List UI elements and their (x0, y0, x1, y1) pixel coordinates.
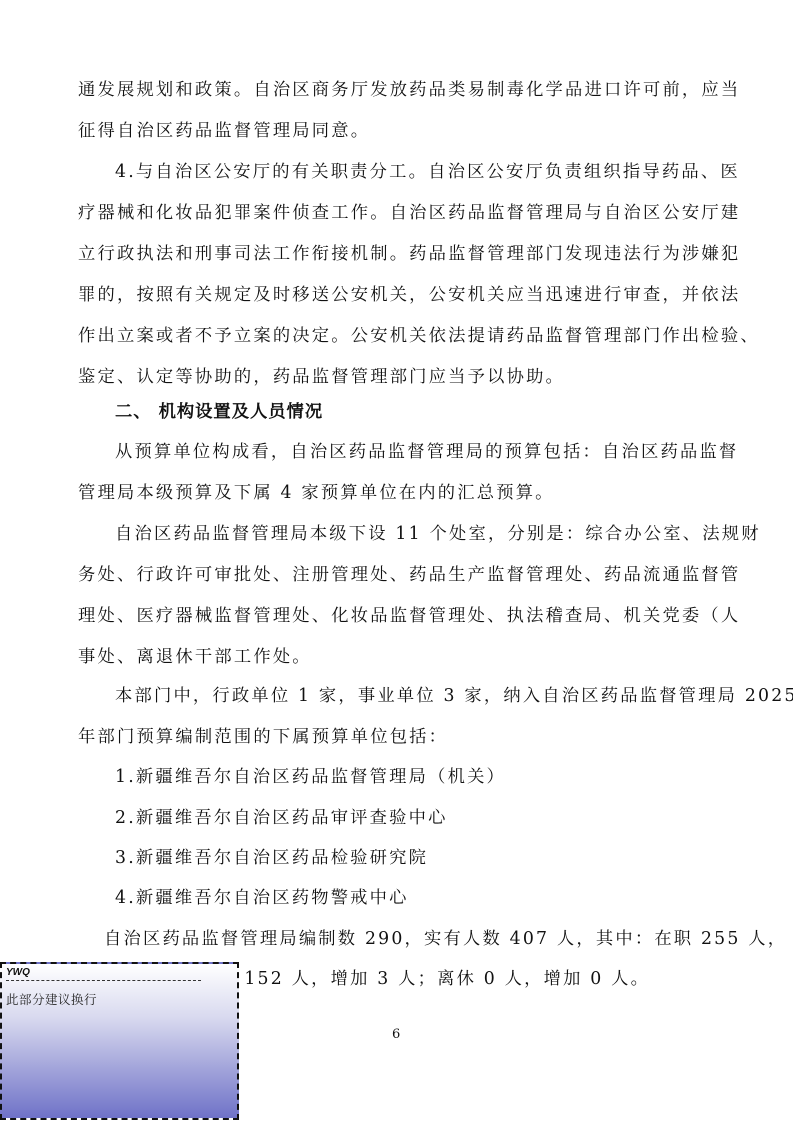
review-comment-box[interactable]: YWQ 此部分建议换行 (0, 962, 239, 1120)
text-line: 通发展规划和政策。自治区商务厅发放药品类易制毒化学品进口许可前，应当 (78, 79, 740, 101)
comment-author: YWQ (6, 967, 30, 978)
text-line: 3.新疆维吾尔自治区药品检验研究院 (115, 847, 428, 869)
text-line: 罪的，按照有关规定及时移送公安机关，公安机关应当迅速进行审查，并依法 (78, 284, 740, 306)
text-line: 本部门中，行政单位 1 家，事业单位 3 家，纳入自治区药品监督管理局 2025 (115, 685, 793, 707)
comment-separator (6, 980, 201, 981)
text-line: 疗器械和化妆品犯罪案件侦查工作。自治区药品监督管理局与自治区公安厅建 (78, 202, 740, 224)
text-line: 鉴定、认定等协助的，药品监督管理部门应当予以协助。 (78, 366, 565, 388)
text-line: 4.与自治区公安厅的有关职责分工。自治区公安厅负责组织指导药品、医 (115, 161, 740, 183)
text-line: 2.新疆维吾尔自治区药品审评查验中心 (115, 807, 448, 829)
text-line: 年部门预算编制范围的下属预算单位包括： (78, 726, 448, 748)
text-line: 务处、行政许可审批处、注册管理处、药品生产监督管理处、药品流通监督管 (78, 564, 740, 586)
section-heading: 二、 机构设置及人员情况 (115, 401, 323, 423)
comment-text: 此部分建议换行 (6, 990, 97, 1008)
text-line: 4.新疆维吾尔自治区药物警戒中心 (115, 887, 409, 909)
text-line: 征得自治区药品监督管理局同意。 (78, 120, 370, 142)
text-line: 理处、医疗器械监督管理处、化妆品监督管理处、执法稽查局、机关党委（人 (78, 605, 740, 627)
text-line: 事处、离退休干部工作处。 (78, 646, 312, 668)
text-line: 立行政执法和刑事司法工作衔接机制。药品监督管理部门发现违法行为涉嫌犯 (78, 243, 740, 265)
text-line: 作出立案或者不予立案的决定。公安机关依法提请药品监督管理部门作出检验、 (78, 325, 760, 347)
text-line: 自治区药品监督管理局本级下设 11 个处室，分别是：综合办公室、法规财 (115, 523, 761, 545)
text-line: 管理局本级预算及下属 4 家预算单位在内的汇总预算。 (78, 482, 555, 504)
text-line: 从预算单位构成看，自治区药品监督管理局的预算包括：自治区药品监督 (115, 441, 738, 463)
page-number: 6 (392, 1027, 400, 1042)
text-line: 1.新疆维吾尔自治区药品监督管理局（机关） (115, 766, 506, 788)
text-line: 自治区药品监督管理局编制数 290，实有人数 407 人，其中：在职 255 人… (104, 928, 787, 950)
